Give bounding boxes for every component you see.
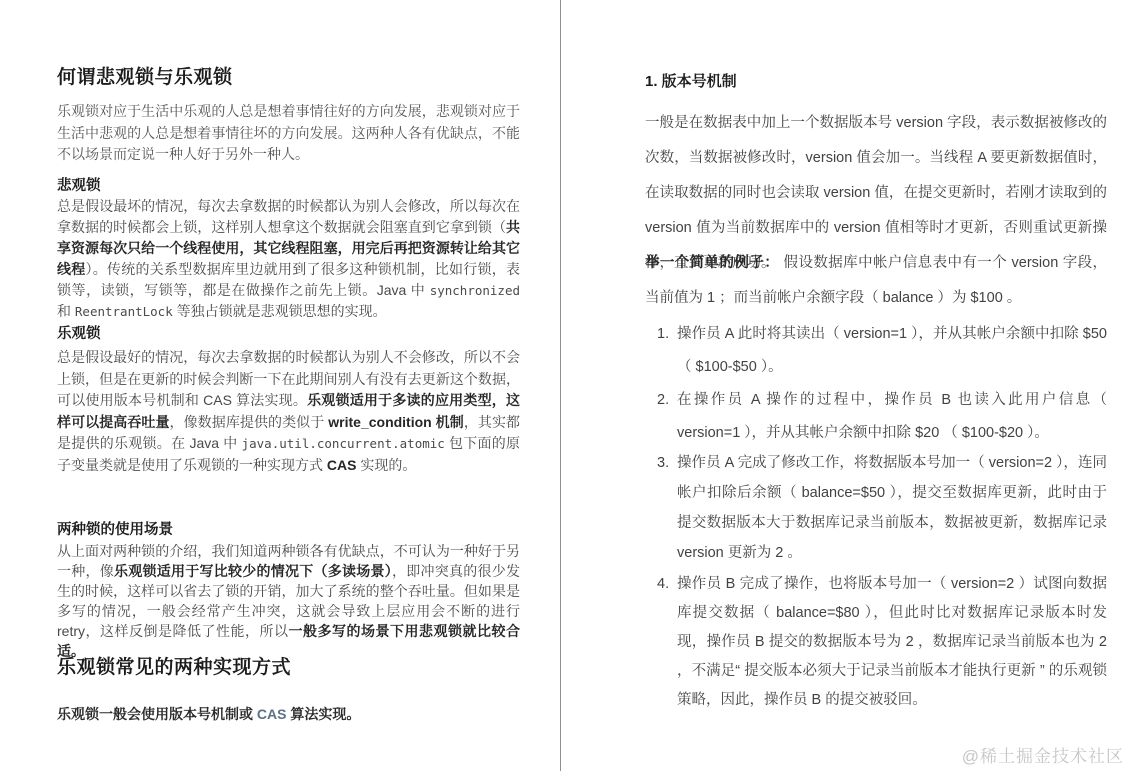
bold-run: write_condition 机制 [328,414,464,430]
intro-paragraph: 乐观锁对应于生活中乐观的人总是想着事情往好的方向发展，悲观锁对应于生活中悲观的人… [57,101,520,166]
heading-version-number-mechanism: 1. 版本号机制 [645,70,1107,91]
list-item-text: 操作员 A 完成了修改工作，将数据版本号加一（ version=2 ），连同帐户… [677,448,1107,568]
list-marker: 1. [657,318,677,384]
list-item: 1. 操作员 A 此时将其读出（ version=1 ），并从其帐户余额中扣除 … [645,318,1107,384]
example-label: 举一个简单的例子： [645,255,779,271]
column-divider [560,0,561,771]
example-intro-paragraph: 举一个简单的例子： 假设数据库中帐户信息表中有一个 version 字段，当前值… [645,246,1107,316]
text-run: 等独占锁就是悲观锁思想的实现。 [173,303,387,319]
document-page: 何谓悲观锁与乐观锁 乐观锁对应于生活中乐观的人总是想着事情往好的方向发展，悲观锁… [0,0,1132,771]
list-item-text: 操作员 B 完成了操作，也将版本号加一（ version=2 ）试图向数据库提交… [677,570,1107,715]
inline-code: ReentrantLock [75,304,173,319]
text-run: ，像数据库提供的类似于 [170,414,329,430]
heading-usage-scenarios: 两种锁的使用场景 [57,518,520,539]
text-run: 和 [57,303,75,319]
pessimistic-paragraph: 总是假设最坏的情况，每次去拿数据的时候都认为别人会修改，所以每次在拿数据的时候都… [57,196,520,322]
list-item-text: 在操作员 A 操作的过程中，操作员 B 也读入此用户信息（ version=1 … [677,384,1107,450]
bold-run: 乐观锁适用于写比较少的情况下（多读场景） [114,563,392,579]
optimistic-paragraph: 总是假设最好的情况，每次去拿数据的时候都认为别人不会修改，所以不会上锁，但是在更… [57,347,520,476]
list-item: 3. 操作员 A 完成了修改工作，将数据版本号加一（ version=2 ），连… [645,448,1107,568]
list-item: 2. 在操作员 A 操作的过程中，操作员 B 也读入此用户信息（ version… [645,384,1107,450]
inline-code: synchronized [430,283,520,298]
text-run: 实现的。 [356,457,416,473]
bold-run: 算法实现。 [286,706,360,722]
list-item: 4. 操作员 B 完成了操作，也将版本号加一（ version=2 ）试图向数据… [645,570,1107,715]
text-run: 总是假设最坏的情况，每次去拿数据的时候都认为别人会修改，所以每次在拿数据的时候都… [57,198,520,235]
heading-pessimistic-lock: 悲观锁 [57,174,520,195]
watermark: @稀土掘金技术社区 [962,742,1124,767]
bold-run: CAS [327,457,357,473]
inline-code: java.util.concurrent.atomic [242,436,445,451]
implementation-summary: 乐观锁一般会使用版本号机制或 CAS 算法实现。 [57,704,520,724]
bold-run: 乐观锁一般会使用版本号机制或 [57,706,257,722]
list-marker: 3. [657,448,677,568]
list-marker: 4. [657,570,677,715]
cas-term: CAS [257,706,287,722]
heading-implementation-methods: 乐观锁常见的两种实现方式 [57,652,520,679]
page-title: 何谓悲观锁与乐观锁 [57,62,520,89]
list-marker: 2. [657,384,677,450]
list-item-text: 操作员 A 此时将其读出（ version=1 ），并从其帐户余额中扣除 $50… [677,318,1107,384]
heading-optimistic-lock: 乐观锁 [57,322,520,343]
scenarios-paragraph: 从上面对两种锁的介绍，我们知道两种锁各有优缺点，不可认为一种好于另一种，像乐观锁… [57,541,520,661]
